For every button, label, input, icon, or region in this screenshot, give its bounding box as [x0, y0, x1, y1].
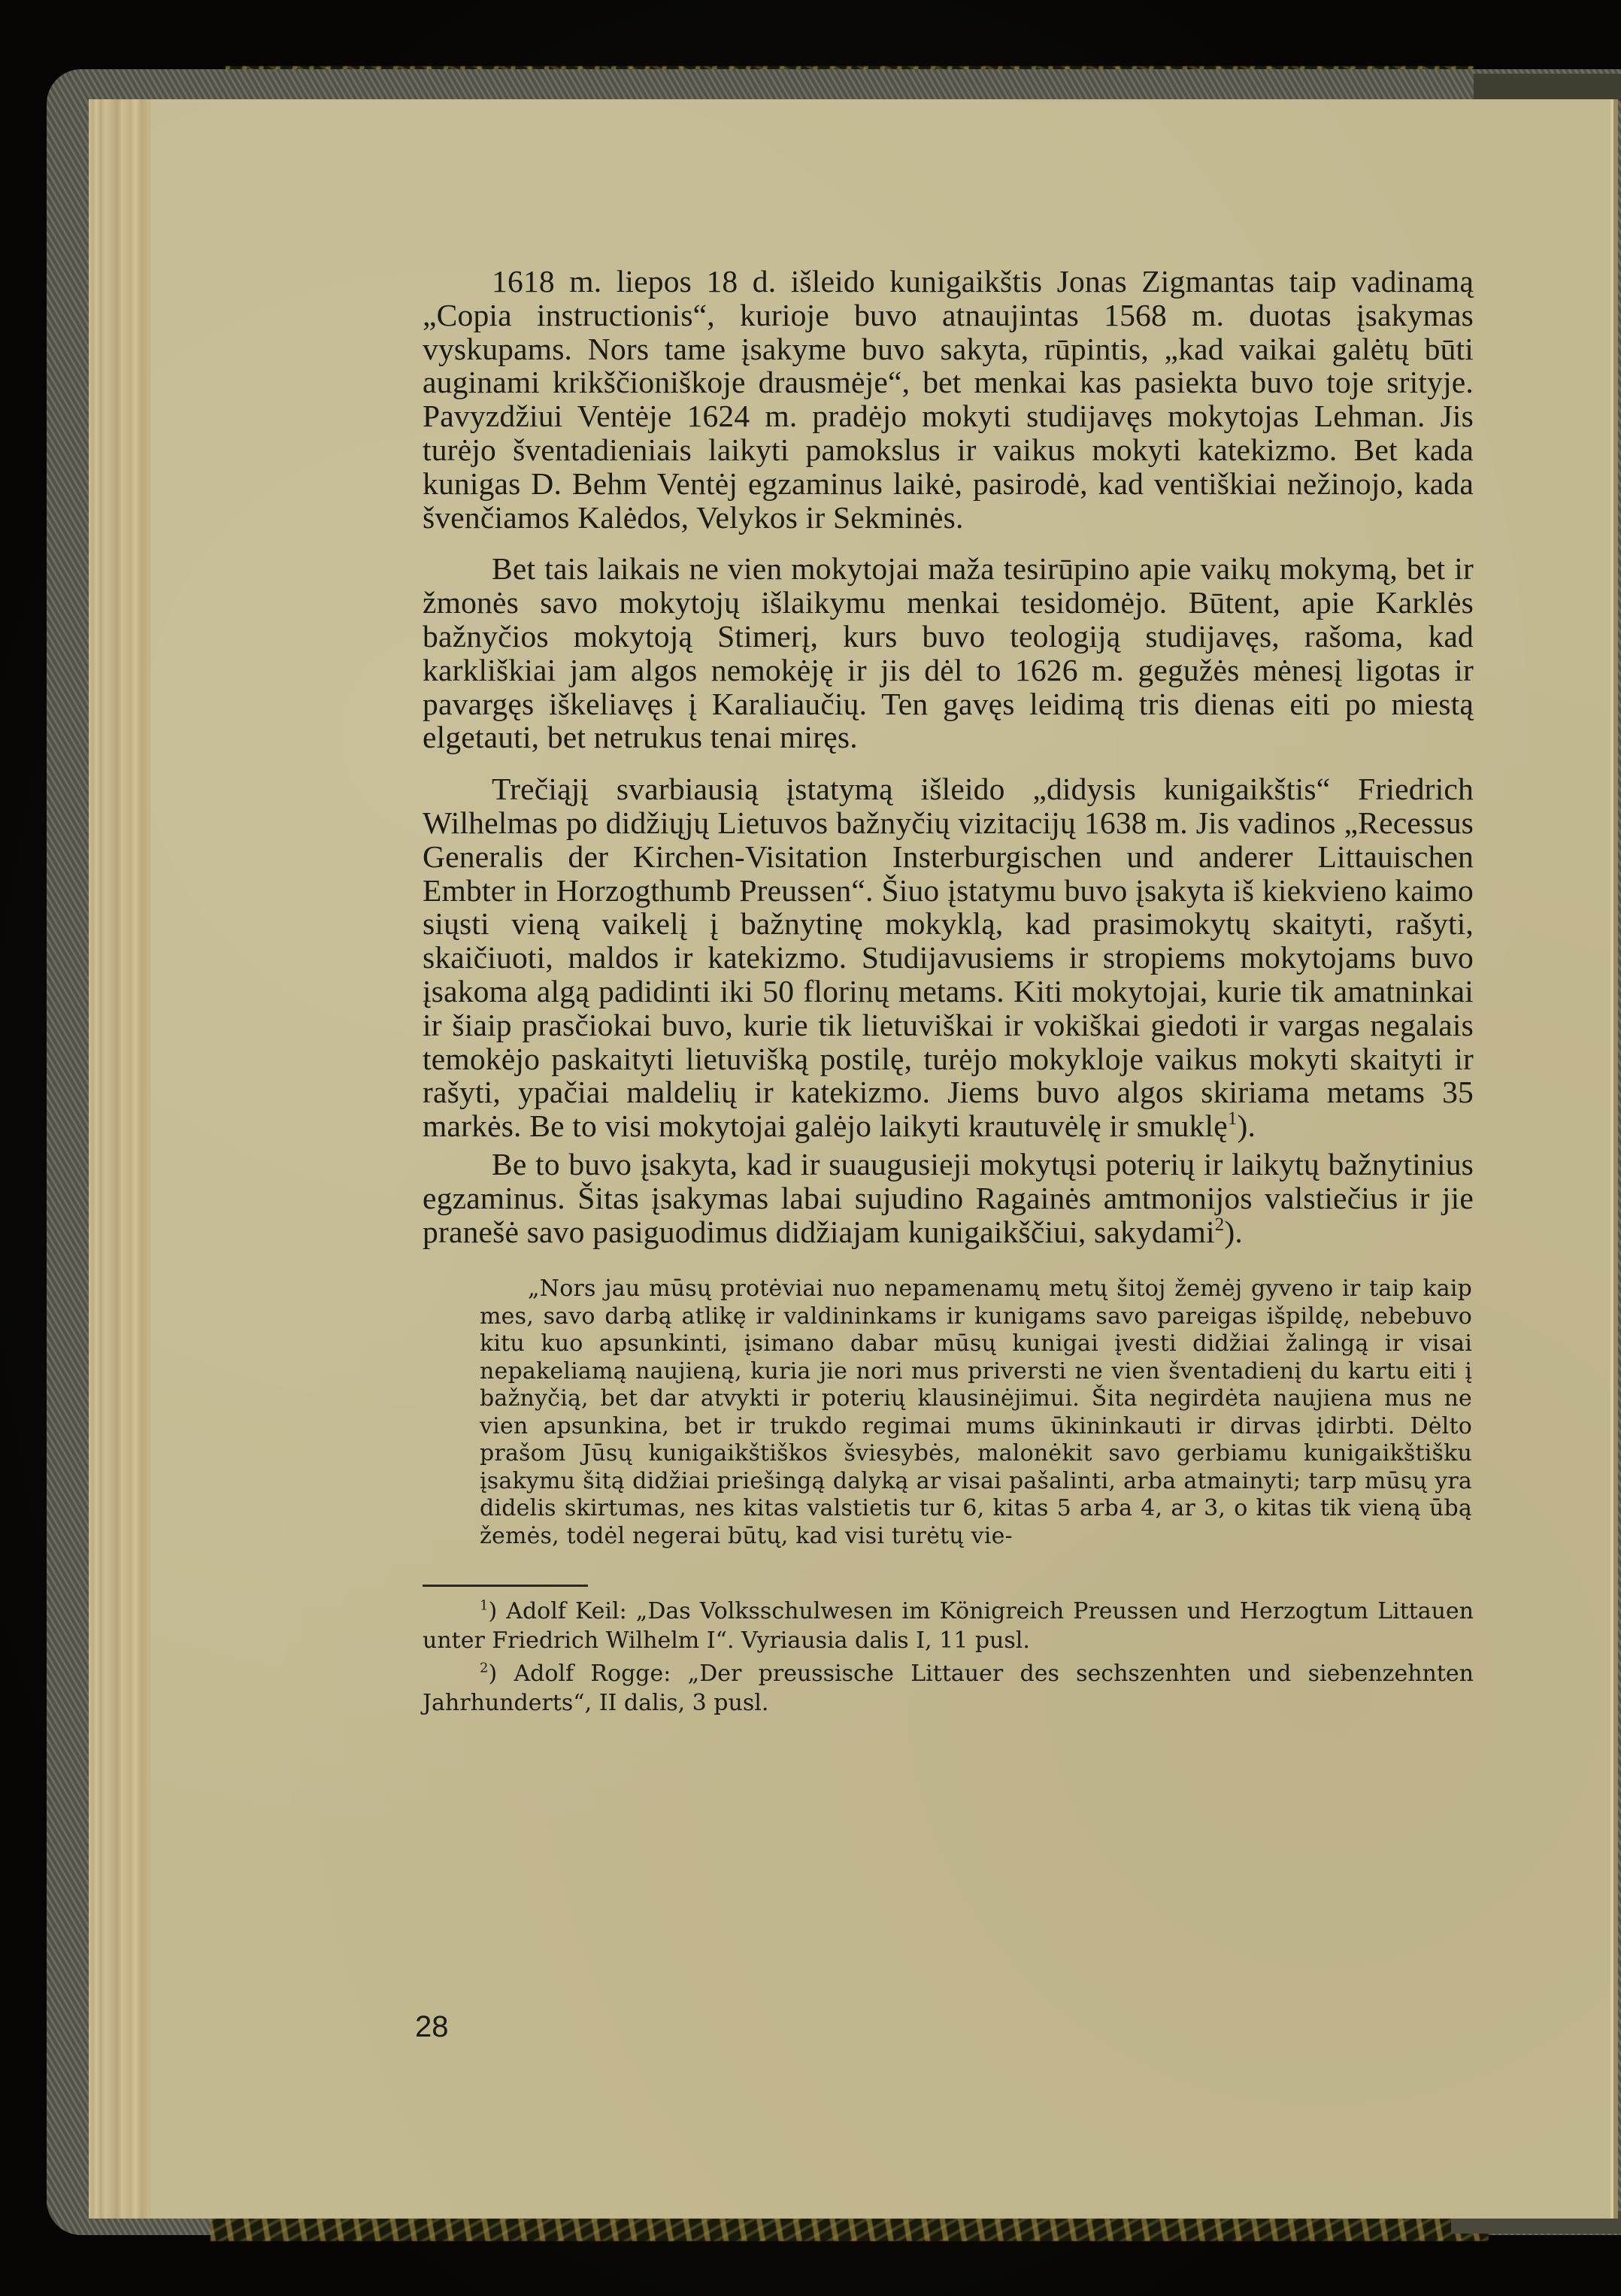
page-number: 28 — [415, 2010, 449, 2044]
paragraph-text: Be to buvo įsakyta, kad ir suaugusieji m… — [423, 1147, 1474, 1249]
marbled-cover-edge-bottom — [211, 2219, 1489, 2241]
footnote-2: 2) Adolf Rogge: „Der preussische Littaue… — [423, 1660, 1474, 1718]
paragraph-text: Trečiąjį svarbiausią įstatymą išleido „d… — [423, 772, 1474, 1143]
paragraph-tail: ). — [1237, 1109, 1256, 1143]
paragraph-text: Bet tais laikais ne vien mokytojai maža … — [423, 551, 1474, 754]
footnote-marker: 1 — [480, 1598, 488, 1614]
stacked-page-edges — [89, 99, 156, 2219]
footnote-text: ) Adolf Rogge: „Der preussische Littauer… — [423, 1661, 1474, 1716]
paragraph-tail: ). — [1224, 1215, 1243, 1249]
footnote-reference-2: 2 — [1215, 1214, 1225, 1234]
body-paragraph-4: Be to buvo įsakyta, kad ir suaugusieji m… — [423, 1148, 1474, 1248]
footnote-reference-1: 1 — [1228, 1109, 1238, 1129]
cover-edge-top-right — [1474, 74, 1621, 101]
footnotes: 1) Adolf Keil: „Das Volksschulwesen im K… — [423, 1597, 1474, 1718]
quote-text: „Nors jau mūsų protėviai nuo nepamenamų … — [480, 1275, 1472, 1549]
paragraph-text: 1618 m. liepos 18 d. išleido kunigaikšti… — [423, 264, 1474, 535]
body-paragraph-1: 1618 m. liepos 18 d. išleido kunigaikšti… — [423, 265, 1474, 534]
block-quote: „Nors jau mūsų protėviai nuo nepamenamų … — [480, 1275, 1472, 1550]
footnote-divider — [423, 1585, 588, 1587]
footnote-1: 1) Adolf Keil: „Das Volksschulwesen im K… — [423, 1597, 1474, 1655]
page-text-block: 1618 m. liepos 18 d. išleido kunigaikšti… — [423, 265, 1474, 1718]
footnote-marker: 2 — [480, 1661, 488, 1676]
footnote-text: ) Adolf Keil: „Das Volksschulwesen im Kö… — [423, 1598, 1474, 1654]
body-paragraph-3: Trečiąjį svarbiausią įstatymą išleido „d… — [423, 772, 1474, 1143]
body-paragraph-2: Bet tais laikais ne vien mokytojai maža … — [423, 552, 1474, 754]
